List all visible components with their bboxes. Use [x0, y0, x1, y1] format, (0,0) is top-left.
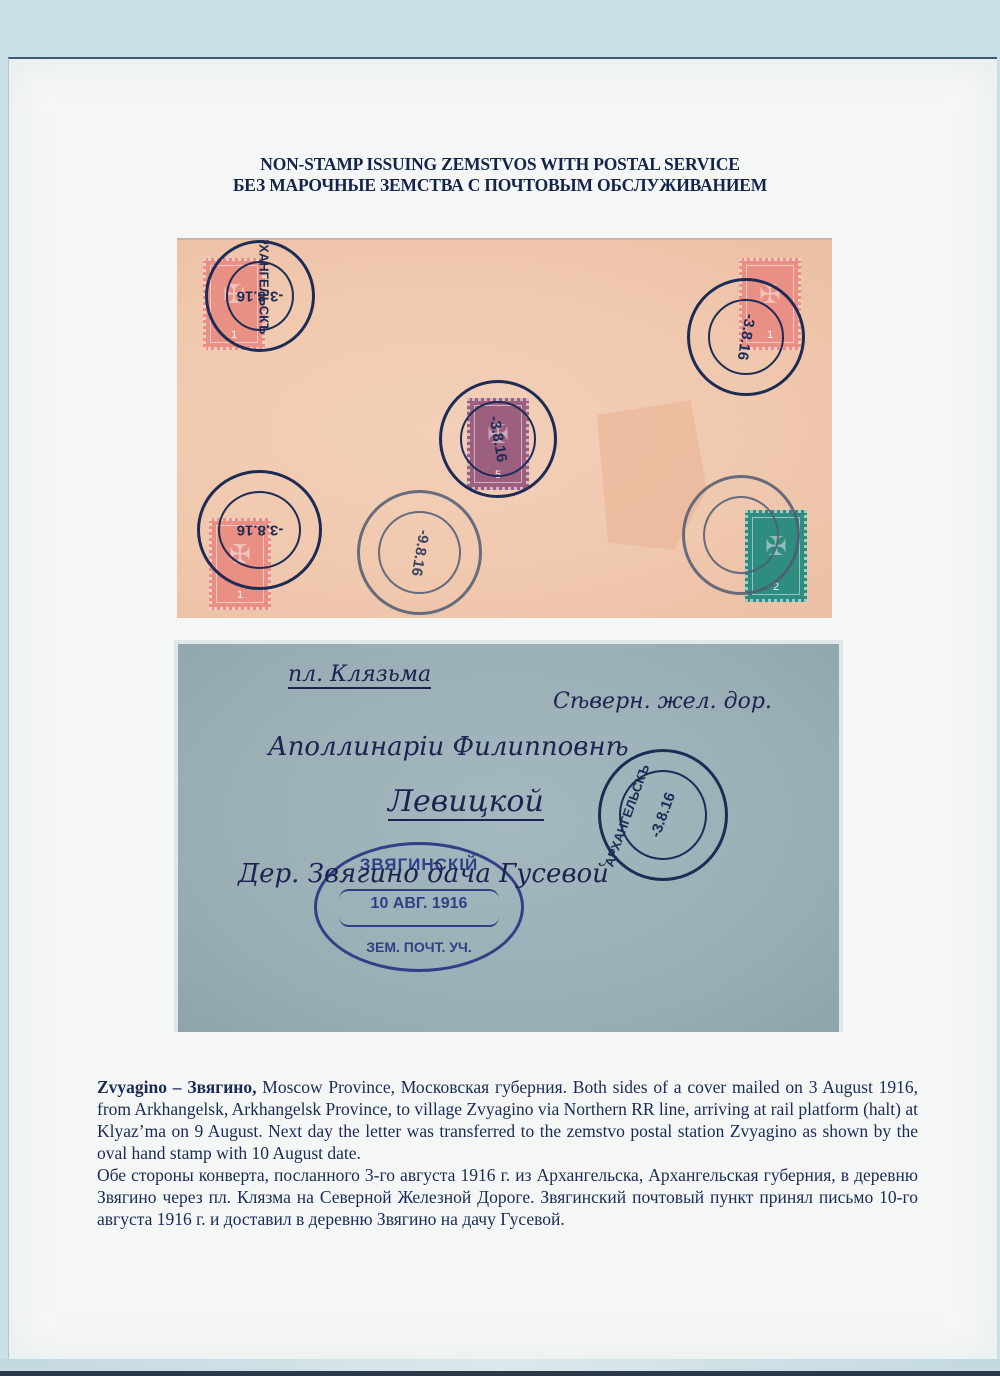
- postmark-arkhangelsk: -3.8.16: [687, 278, 805, 396]
- address-line-name: Аполлинарiи Филипповнѣ: [268, 732, 629, 762]
- postmark-arkhangelsk: -3.8.16: [439, 380, 557, 498]
- caption-english: Zvyagino – Звягино, Moscow Province, Мос…: [97, 1076, 918, 1164]
- address-line-village: Дер. Звягино дача Гусевой: [238, 859, 609, 889]
- address-line-railway: Сѣверн. жел. дор.: [553, 689, 772, 714]
- postmark-arkhangelsk: -3.8.16 АРХАНГЕЛЬСКЪ: [205, 240, 315, 352]
- scanner-edge: [0, 1359, 1000, 1376]
- address-line-surname: Левицкой: [388, 784, 544, 821]
- postmark-arkhangelsk-front: -3.8.16 АРХАНГЕЛЬСКЪ: [598, 749, 728, 881]
- address-line-station: пл. Клязьма: [288, 662, 431, 689]
- cover-front-image: пл. Клязьма Сѣверн. жел. дор. Аполлинарi…: [174, 640, 843, 1032]
- page-title: NON-STAMP ISSUING ZEMSTVOS WITH POSTAL S…: [0, 154, 1000, 175]
- page-title-russian: БЕЗ МАРОЧНЫЕ ЗЕМСТВА С ПОЧТОВЫМ ОБСЛУЖИВ…: [0, 175, 1000, 196]
- caption-russian: Обе стороны конверта, посланного 3-го ав…: [97, 1164, 918, 1230]
- caption: Zvyagino – Звягино, Moscow Province, Мос…: [97, 1076, 918, 1230]
- postmark-arkhangelsk: -3.8.16: [197, 470, 322, 590]
- postmark-arkhangelsk: [682, 475, 800, 595]
- postmark-klyazma: -9.8.16: [357, 490, 482, 615]
- cover-back-image: ✠ 1 ✠ 1 ✠ 5 ✠ 1 ✠ 2 -3.8.16 АРХАНГЕЛЬСКЪ…: [177, 238, 832, 618]
- caption-lead: Zvyagino – Звягино,: [97, 1077, 257, 1097]
